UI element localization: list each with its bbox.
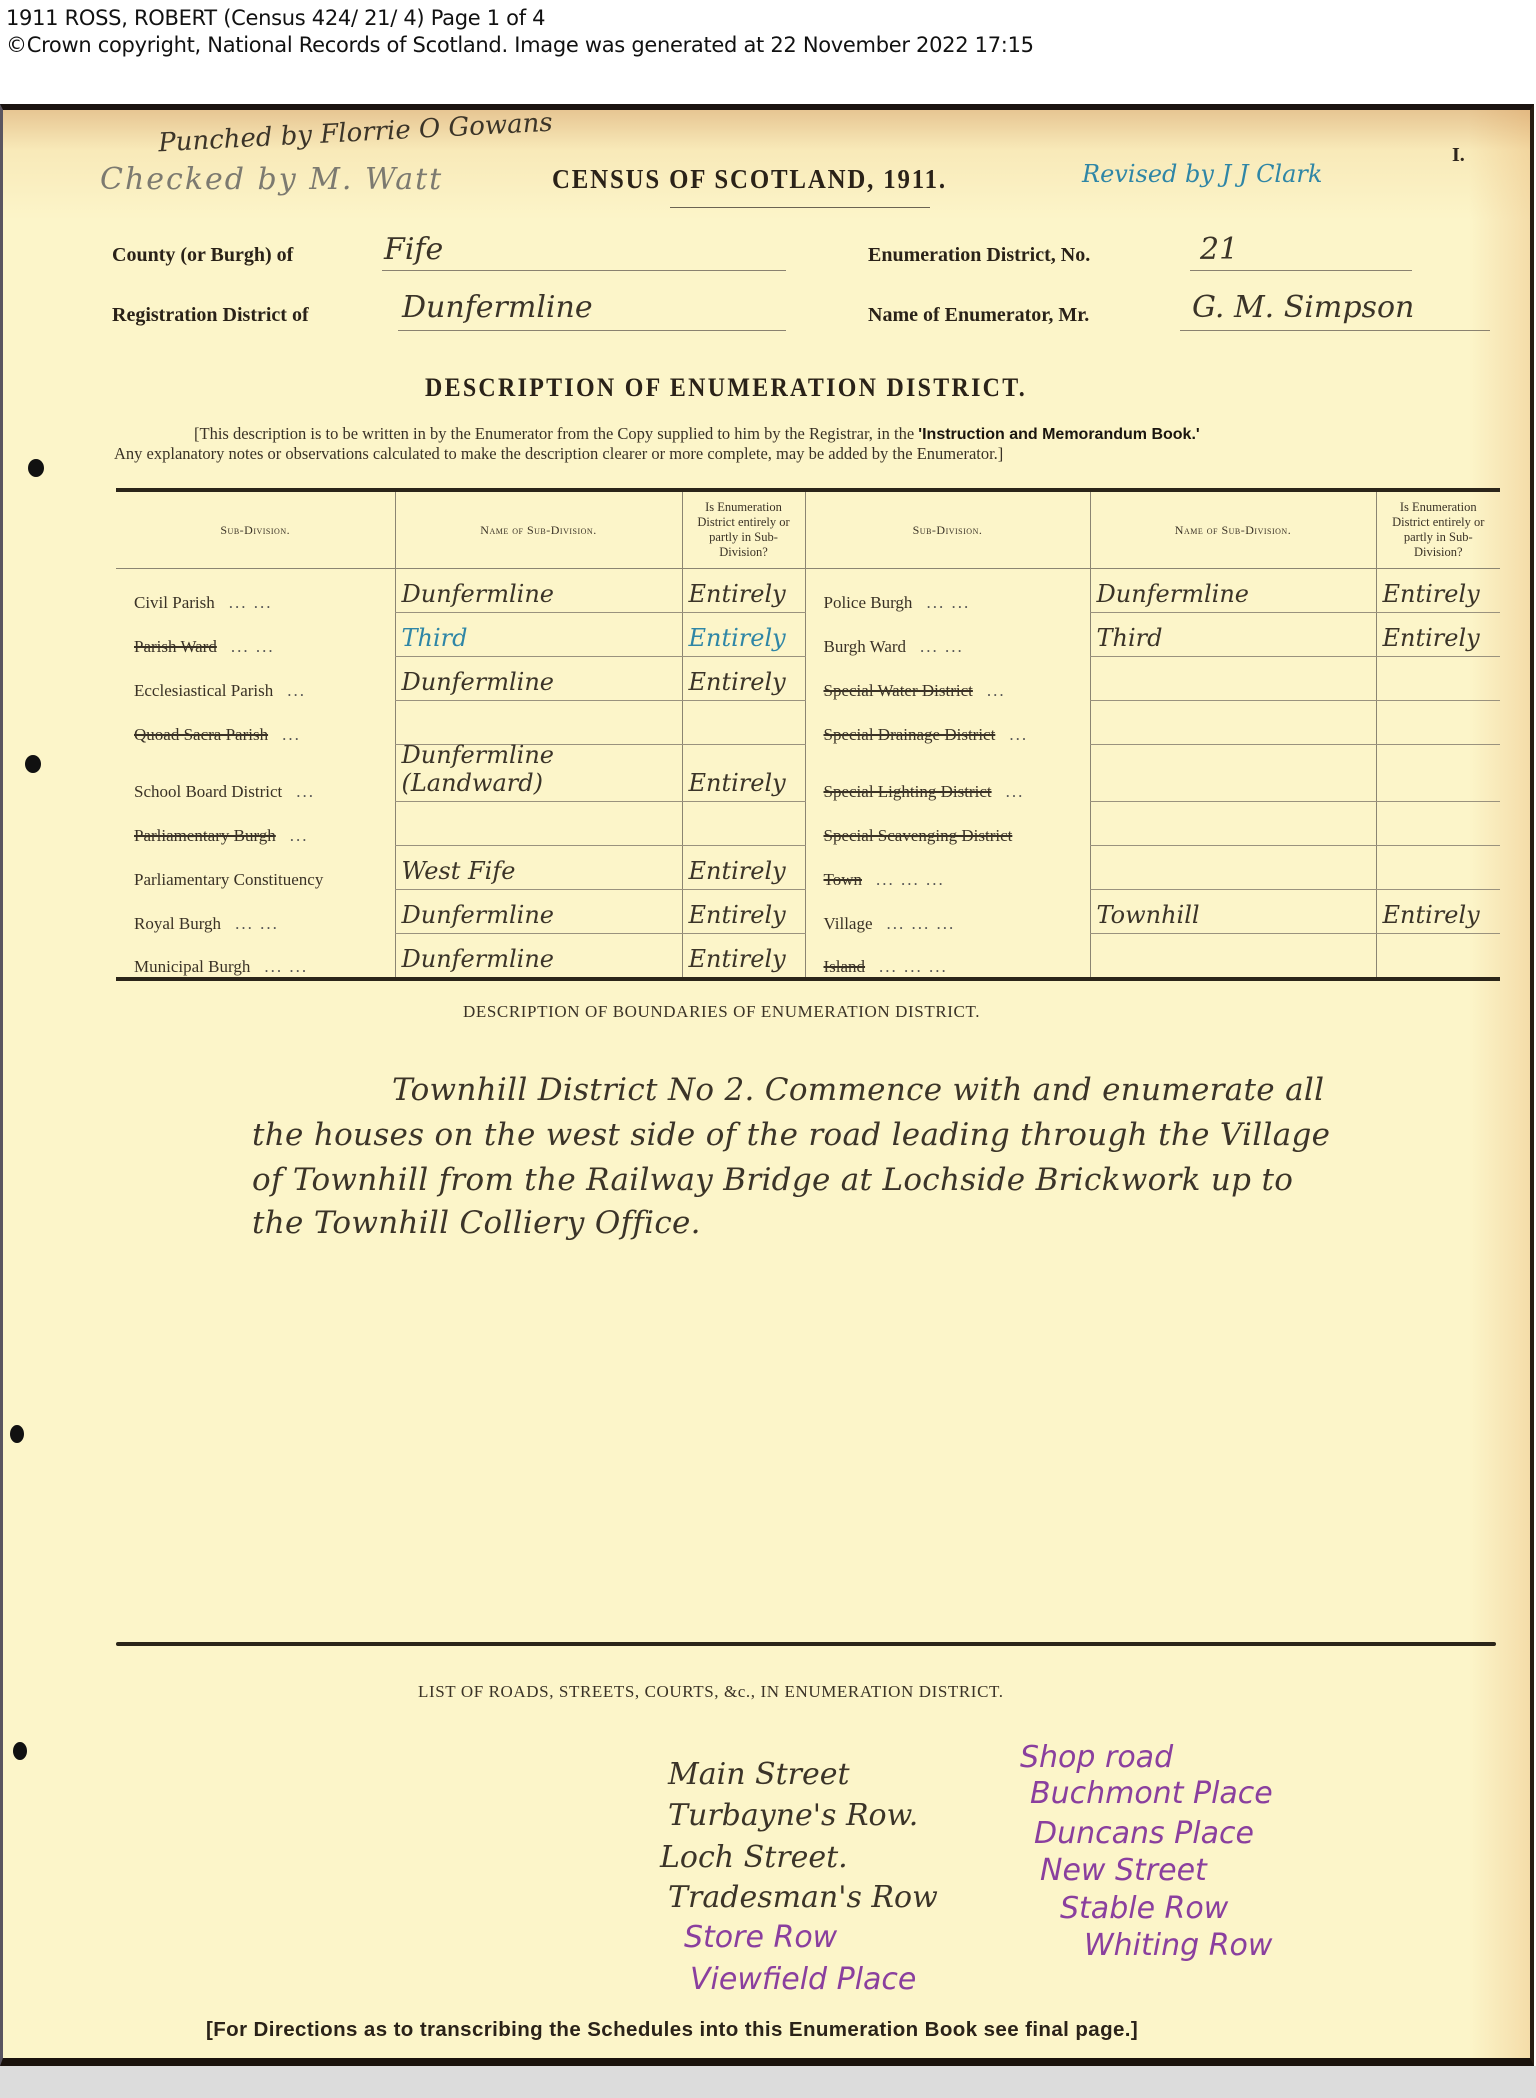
leader-dots: ... ... — [229, 593, 273, 612]
subdivision-label: Quoad Sacra Parish... — [116, 701, 395, 745]
section-rule — [116, 1642, 1496, 1646]
subdivision-label: Town... ... ... — [805, 846, 1090, 890]
subdivision-label: Parish Ward... ... — [116, 613, 395, 657]
subdivision-name: Dunfermline — [395, 657, 682, 701]
punch-hole — [25, 755, 41, 773]
subdivision-name: Dunfermline — [395, 934, 682, 980]
leader-dots: ... — [296, 782, 315, 801]
leader-dots: ... — [1009, 725, 1028, 744]
label-text: Police Burgh — [824, 593, 913, 612]
subdivision-extent: Entirely — [1376, 613, 1500, 657]
col-header-subdivision-2: Sub-Division. — [805, 490, 1090, 569]
subdivision-extent — [1376, 934, 1500, 980]
county-line — [382, 270, 786, 271]
subdivision-extent-value: Entirely — [689, 945, 786, 973]
boundary-text-line: the houses on the west side of the road … — [252, 1117, 1330, 1153]
instructions-book-name: 'Instruction and Memorandum Book.' — [918, 426, 1199, 443]
leader-dots: ... ... — [231, 637, 275, 656]
struck-label: Special Lighting District — [824, 782, 992, 801]
checked-by-annotation: Checked by M. Watt — [100, 162, 443, 197]
subdivision-extent: Entirely — [1376, 890, 1500, 934]
registration-label: Registration District of — [112, 304, 309, 327]
county-label: County (or Burgh) of — [112, 244, 293, 267]
label-text: Ecclesiastical Parish — [134, 681, 273, 700]
viewer-bottom-strip — [0, 2066, 1536, 2098]
footer-directions: [For Directions as to transcribing the S… — [206, 2018, 1138, 2042]
struck-label: Quoad Sacra Parish — [134, 725, 268, 744]
revised-by-annotation: Revised by J J Clark — [1082, 160, 1322, 188]
subdivision-label: Special Drainage District... — [805, 701, 1090, 745]
title-underline — [670, 207, 930, 208]
subdivision-name — [1090, 934, 1376, 980]
label-text: Village — [824, 914, 873, 933]
subdivision-extent-value: Entirely — [1383, 901, 1480, 929]
table-row: Quoad Sacra Parish...Special Drainage Di… — [116, 701, 1500, 745]
subdivision-name-value: Dunfermline — [402, 901, 554, 929]
subdivision-extent-value: Entirely — [689, 624, 786, 652]
road-list-item: Turbayne's Row. — [668, 1798, 918, 1833]
road-list-item: Main Street — [668, 1757, 850, 1792]
leader-dots: ... ... — [235, 914, 279, 933]
subdivision-name-value: Dunfermline — [1097, 580, 1249, 608]
subdivision-extent: Entirely — [682, 846, 805, 890]
label-text: Civil Parish — [134, 593, 215, 612]
label-text: Royal Burgh — [134, 914, 221, 933]
subdivision-name-value: Third — [402, 624, 468, 652]
subdivision-extent — [682, 701, 805, 745]
subdivision-name — [1090, 745, 1376, 802]
subdivision-label: Special Water District... — [805, 657, 1090, 701]
subdivision-extent: Entirely — [682, 657, 805, 701]
description-heading: DESCRIPTION OF ENUMERATION DISTRICT. — [425, 373, 1027, 403]
subdivision-label: Burgh Ward... ... — [805, 613, 1090, 657]
subdivision-extent-value: Entirely — [689, 769, 786, 797]
subdivision-label: Police Burgh... ... — [805, 569, 1090, 613]
instructions-line-2: Any explanatory notes or observations ca… — [114, 444, 1003, 464]
leader-dots: ... ... ... — [876, 870, 945, 889]
subdivision-extent — [682, 802, 805, 846]
struck-label: Parliamentary Burgh — [134, 826, 276, 845]
subdivision-extent-value: Entirely — [689, 580, 786, 608]
county-value: Fife — [384, 232, 443, 267]
census-title: CENSUS OF SCOTLAND, 1911. — [552, 164, 947, 195]
table-header-row: Sub-Division. Name of Sub-Division. Is E… — [116, 490, 1500, 569]
col-header-extent-2: Is Enumeration District entirely or part… — [1376, 490, 1500, 569]
road-list-item: Buchmont Place — [1030, 1776, 1273, 1811]
registration-value: Dunfermline — [402, 290, 593, 325]
leader-dots: ... ... — [920, 637, 964, 656]
subdivision-name — [395, 701, 682, 745]
col-header-subdivision: Sub-Division. — [116, 490, 395, 569]
punch-hole — [13, 1742, 27, 1760]
road-list-item: New Street — [1040, 1853, 1207, 1888]
table-row: Parliamentary ConstituencyWest FifeEntir… — [116, 846, 1500, 890]
subdivision-name-value: Third — [1097, 624, 1163, 652]
subdivision-name-value: Dunfermline — [402, 945, 554, 973]
road-list-item: Duncans Place — [1034, 1816, 1254, 1851]
subdivision-name: Dunfermline — [1090, 569, 1376, 613]
subdivision-extent-value: Entirely — [689, 901, 786, 929]
page-number: I. — [1452, 144, 1465, 167]
instructions-line-1: [This description is to be written in by… — [194, 424, 1200, 444]
road-list-item: Loch Street. — [660, 1840, 848, 1875]
table-row: Parliamentary Burgh...Special Scavenging… — [116, 802, 1500, 846]
subdivision-label: Island... ... ... — [805, 934, 1090, 980]
subdivision-extent — [1376, 802, 1500, 846]
leader-dots: ... ... — [264, 957, 308, 976]
road-list-item: Tradesman's Row — [668, 1880, 938, 1915]
subdivision-label: Parliamentary Constituency — [116, 846, 395, 890]
subdivision-name — [1090, 701, 1376, 745]
table-row: School Board District...Dunfermline (Lan… — [116, 745, 1500, 802]
road-list-item: Store Row — [684, 1920, 837, 1955]
subdivision-label: Civil Parish... ... — [116, 569, 395, 613]
subdivision-extent — [1376, 657, 1500, 701]
table-row: Municipal Burgh... ...DunfermlineEntirel… — [116, 934, 1500, 980]
subdivision-extent-value: Entirely — [1383, 624, 1480, 652]
road-list-item: Whiting Row — [1084, 1928, 1272, 1963]
leader-dots: ... — [1006, 782, 1025, 801]
struck-label: Island — [824, 957, 866, 976]
col-header-name: Name of Sub-Division. — [395, 490, 682, 569]
table-row: Civil Parish... ...DunfermlineEntirelyPo… — [116, 569, 1500, 613]
subdivision-extent — [1376, 846, 1500, 890]
subdivision-name-value: Dunfermline — [402, 580, 554, 608]
subdivision-table: Sub-Division. Name of Sub-Division. Is E… — [116, 488, 1500, 981]
subdivision-label: Special Scavenging District — [805, 802, 1090, 846]
enum-district-value: 21 — [1200, 232, 1238, 267]
leader-dots: ... — [287, 681, 306, 700]
subdivision-name: Townhill — [1090, 890, 1376, 934]
subdivision-extent: Entirely — [682, 569, 805, 613]
struck-label: Special Drainage District — [824, 725, 996, 744]
boundary-text-line: Townhill District No 2. Commence with an… — [392, 1072, 1324, 1108]
subdivision-name-value: Dunfermline — [402, 668, 554, 696]
subdivision-extent — [1376, 745, 1500, 802]
label-text: School Board District — [134, 782, 282, 801]
table-body: Civil Parish... ...DunfermlineEntirelyPo… — [116, 569, 1500, 980]
subdivision-label: Village... ... ... — [805, 890, 1090, 934]
col-header-name-2: Name of Sub-Division. — [1090, 490, 1376, 569]
enumerator-line — [1180, 330, 1490, 331]
subdivision-name: Dunfermline — [395, 569, 682, 613]
subdivision-name: Third — [395, 613, 682, 657]
enumerator-value: G. M. Simpson — [1192, 290, 1414, 325]
leader-dots: ... ... ... — [879, 957, 948, 976]
struck-label: Town — [824, 870, 862, 889]
subdivision-label: Parliamentary Burgh... — [116, 802, 395, 846]
subdivision-label: Royal Burgh... ... — [116, 890, 395, 934]
subdivision-extent: Entirely — [1376, 569, 1500, 613]
table-row: Parish Ward... ...ThirdEntirelyBurgh War… — [116, 613, 1500, 657]
subdivision-name-value: Townhill — [1097, 901, 1200, 929]
record-title: 1911 ROSS, ROBERT (Census 424/ 21/ 4) Pa… — [6, 6, 545, 30]
subdivision-name: West Fife — [395, 846, 682, 890]
road-list-item: Viewfield Place — [690, 1962, 916, 1997]
subdivision-extent: Entirely — [682, 745, 805, 802]
subdivision-extent: Entirely — [682, 934, 805, 980]
subdivision-label: Special Lighting District... — [805, 745, 1090, 802]
subdivision-name — [1090, 657, 1376, 701]
subdivision-extent-value: Entirely — [689, 857, 786, 885]
boundaries-heading: DESCRIPTION OF BOUNDARIES OF ENUMERATION… — [463, 1002, 980, 1022]
road-list-item: Shop road — [1020, 1740, 1173, 1775]
boundary-text-line: the Townhill Colliery Office. — [252, 1205, 701, 1241]
subdivision-label: Ecclesiastical Parish... — [116, 657, 395, 701]
subdivision-name — [1090, 802, 1376, 846]
struck-label: Parish Ward — [134, 637, 217, 656]
table-row: Royal Burgh... ...DunfermlineEntirelyVil… — [116, 890, 1500, 934]
leader-dots: ... ... — [926, 593, 970, 612]
punch-hole — [10, 1425, 24, 1443]
enumerator-label: Name of Enumerator, Mr. — [868, 304, 1089, 327]
subdivision-extent-value: Entirely — [1383, 580, 1480, 608]
struck-label: Special Water District — [824, 681, 973, 700]
subdivision-label: School Board District... — [116, 745, 395, 802]
col-header-extent: Is Enumeration District entirely or part… — [682, 490, 805, 569]
subdivision-extent: Entirely — [682, 890, 805, 934]
leader-dots: ... — [290, 826, 309, 845]
subdivision-name — [395, 802, 682, 846]
leader-dots: ... — [282, 725, 301, 744]
subdivision-name: Dunfermline (Landward) — [395, 745, 682, 802]
struck-label: Special Scavenging District — [824, 826, 1013, 845]
subdivision-extent — [1376, 701, 1500, 745]
subdivision-extent-value: Entirely — [689, 668, 786, 696]
label-text: Burgh Ward — [824, 637, 907, 656]
subdivision-name: Dunfermline — [395, 890, 682, 934]
copyright-notice: ©Crown copyright, National Records of Sc… — [6, 33, 1034, 57]
punch-hole — [28, 459, 44, 477]
registration-line — [398, 330, 786, 331]
label-text: Municipal Burgh — [134, 957, 250, 976]
label-text: Parliamentary Constituency — [134, 870, 323, 889]
instructions-text: [This description is to be written in by… — [194, 424, 918, 443]
leader-dots: ... ... ... — [887, 914, 956, 933]
subdivision-name-value: West Fife — [402, 857, 516, 885]
enum-district-line — [1190, 270, 1412, 271]
subdivision-name — [1090, 846, 1376, 890]
roads-heading: LIST OF ROADS, STREETS, COURTS, &c., IN … — [418, 1682, 1004, 1702]
subdivision-label: Municipal Burgh... ... — [116, 934, 395, 980]
subdivision-extent: Entirely — [682, 613, 805, 657]
table-row: Ecclesiastical Parish...DunfermlineEntir… — [116, 657, 1500, 701]
leader-dots: ... — [987, 681, 1006, 700]
enum-district-label: Enumeration District, No. — [868, 244, 1090, 267]
boundary-text-line: of Townhill from the Railway Bridge at L… — [252, 1162, 1293, 1198]
road-list-item: Stable Row — [1060, 1891, 1228, 1926]
subdivision-name-value: Dunfermline (Landward) — [402, 741, 554, 797]
subdivision-name: Third — [1090, 613, 1376, 657]
